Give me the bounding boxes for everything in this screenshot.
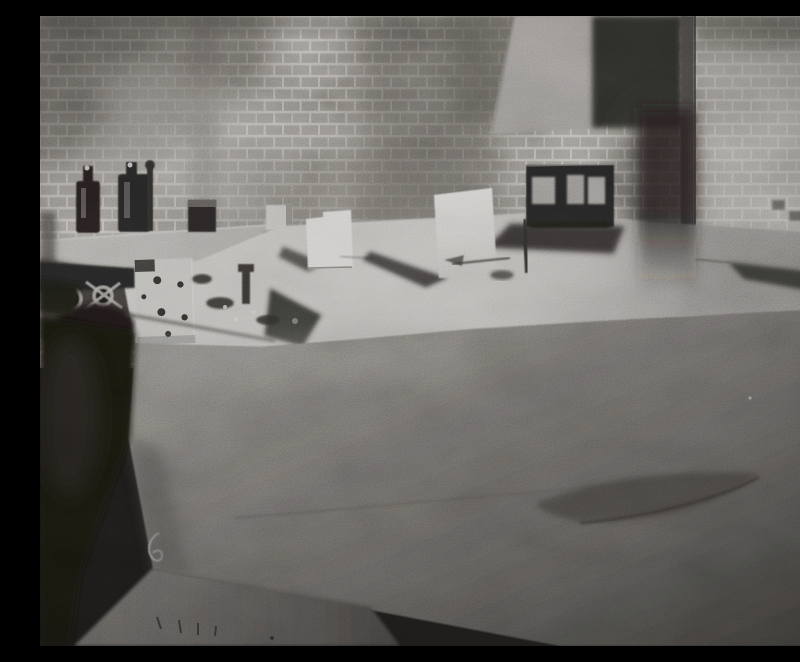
vignette (40, 16, 800, 646)
vintage-lab-photograph (40, 16, 800, 646)
